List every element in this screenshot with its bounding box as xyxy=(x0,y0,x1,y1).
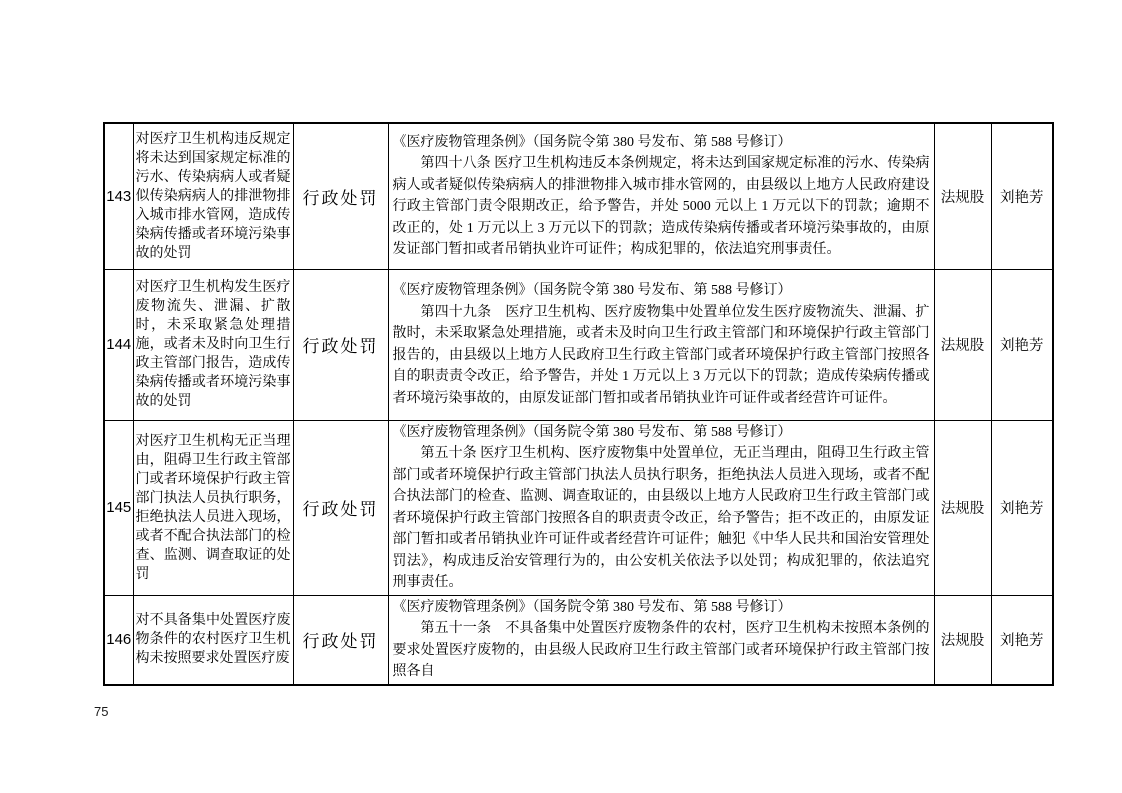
penalty-type-cell: 行政处罚 xyxy=(293,420,388,595)
legal-basis-cell: 《医疗废物管理条例》（国务院令第 380 号发布、第 588 号修订） 第四十九… xyxy=(388,269,934,420)
document-page: 143 对医疗卫生机构违反规定将未达到国家规定标准的污水、传染病病人或者疑似传染… xyxy=(0,0,1122,793)
regulation-article-text: 第五十条 医疗卫生机构、医疗废物集中处置单位，无正当理由，阻碍卫生行政主管部门或… xyxy=(393,443,930,594)
penalty-type-cell: 行政处罚 xyxy=(293,123,388,269)
regulation-title: 《医疗废物管理条例》（国务院令第 380 号发布、第 588 号修订） xyxy=(393,597,930,619)
legal-basis-cell: 《医疗废物管理条例》（国务院令第 380 号发布、第 588 号修订） 第四十八… xyxy=(388,123,934,269)
department-cell: 法规股 xyxy=(934,420,991,595)
row-number-cell: 143 xyxy=(104,123,133,269)
table-row: 144 对医疗卫生机构发生医疗废物流失、泄漏、扩散时，未采取紧急处理措施，或者未… xyxy=(104,269,1053,420)
penalties-table-body: 143 对医疗卫生机构违反规定将未达到国家规定标准的污水、传染病病人或者疑似传染… xyxy=(104,123,1053,685)
row-number-cell: 146 xyxy=(104,595,133,685)
row-number-cell: 145 xyxy=(104,420,133,595)
responsible-person-cell: 刘艳芳 xyxy=(991,595,1053,685)
regulation-article-text: 第四十九条 医疗卫生机构、医疗废物集中处置单位发生医疗废物流失、泄漏、扩散时，未… xyxy=(393,302,930,410)
penalty-item-cell: 对医疗卫生机构无正当理由，阻碍卫生行政主管部门或者环境保护行政主管部门执法人员执… xyxy=(133,420,293,595)
department-cell: 法规股 xyxy=(934,269,991,420)
department-cell: 法规股 xyxy=(934,595,991,685)
regulation-title: 《医疗废物管理条例》（国务院令第 380 号发布、第 588 号修订） xyxy=(393,132,930,154)
penalty-type-cell: 行政处罚 xyxy=(293,595,388,685)
table-row: 146 对不具备集中处置医疗废物条件的农村医疗卫生机构未按照要求处置医疗废 行政… xyxy=(104,595,1053,685)
responsible-person-cell: 刘艳芳 xyxy=(991,420,1053,595)
responsible-person-cell: 刘艳芳 xyxy=(991,269,1053,420)
table-row: 145 对医疗卫生机构无正当理由，阻碍卫生行政主管部门或者环境保护行政主管部门执… xyxy=(104,420,1053,595)
regulation-article-text: 第四十八条 医疗卫生机构违反本条例规定，将未达到国家规定标准的污水、传染病病人或… xyxy=(393,153,930,261)
penalty-type-cell: 行政处罚 xyxy=(293,269,388,420)
department-cell: 法规股 xyxy=(934,123,991,269)
penalty-item-cell: 对医疗卫生机构发生医疗废物流失、泄漏、扩散时，未采取紧急处理措施，或者未及时向卫… xyxy=(133,269,293,420)
penalties-table: 143 对医疗卫生机构违反规定将未达到国家规定标准的污水、传染病病人或者疑似传染… xyxy=(103,122,1054,686)
legal-basis-cell: 《医疗废物管理条例》（国务院令第 380 号发布、第 588 号修订） 第五十条… xyxy=(388,420,934,595)
regulation-article-text: 第五十一条 不具备集中处置医疗废物条件的农村，医疗卫生机构未按照本条例的要求处置… xyxy=(393,618,930,683)
row-number-cell: 144 xyxy=(104,269,133,420)
regulation-title: 《医疗废物管理条例》（国务院令第 380 号发布、第 588 号修订） xyxy=(393,280,930,302)
penalty-item-cell: 对不具备集中处置医疗废物条件的农村医疗卫生机构未按照要求处置医疗废 xyxy=(133,595,293,685)
responsible-person-cell: 刘艳芳 xyxy=(991,123,1053,269)
regulation-title: 《医疗废物管理条例》（国务院令第 380 号发布、第 588 号修订） xyxy=(393,422,930,444)
legal-basis-cell: 《医疗废物管理条例》（国务院令第 380 号发布、第 588 号修订） 第五十一… xyxy=(388,595,934,685)
page-number: 75 xyxy=(94,704,108,719)
table-row: 143 对医疗卫生机构违反规定将未达到国家规定标准的污水、传染病病人或者疑似传染… xyxy=(104,123,1053,269)
penalty-item-cell: 对医疗卫生机构违反规定将未达到国家规定标准的污水、传染病病人或者疑似传染病病人的… xyxy=(133,123,293,269)
